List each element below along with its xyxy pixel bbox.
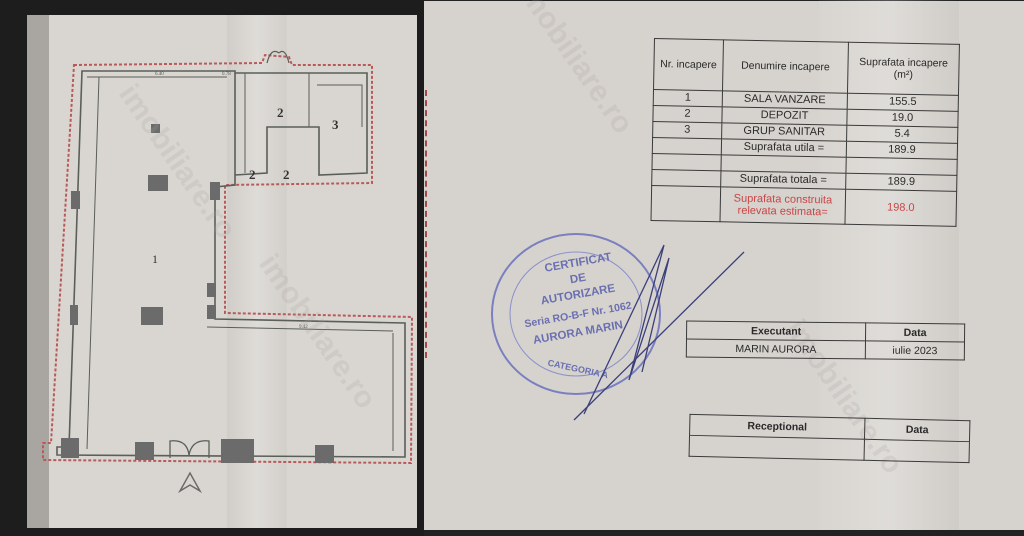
floor-plan-drawing: 1 2 2 2 3 6.40 0.78 9.42 <box>27 15 417 528</box>
header-executant: Executant <box>687 321 866 341</box>
bottom-edge <box>424 530 1024 536</box>
svg-text:6.40: 6.40 <box>155 72 164 77</box>
executant-date: iulie 2023 <box>865 341 964 360</box>
executant-table: Executant Data MARIN AURORA iulie 2023 <box>686 321 965 361</box>
drawing-edge <box>425 90 429 358</box>
receptional-date <box>864 439 969 462</box>
svg-text:1: 1 <box>152 252 158 266</box>
area-table-photo: imobiliare.ro imobiliare.ro Nr. incapere… <box>424 0 1024 536</box>
receptional-name <box>689 435 864 460</box>
floor-plan-photo: 1 2 2 2 3 6.40 0.78 9.42 imobiliare.ro i… <box>27 15 417 528</box>
header-date: Data <box>865 323 964 342</box>
receptional-table: Receptional Data <box>689 414 971 463</box>
svg-text:2: 2 <box>249 167 256 182</box>
header-date: Data <box>864 418 969 441</box>
executant-name: MARIN AURORA <box>686 339 865 359</box>
svg-text:2: 2 <box>277 105 284 120</box>
svg-text:3: 3 <box>332 117 339 132</box>
svg-text:2: 2 <box>283 167 290 182</box>
svg-text:0.78: 0.78 <box>222 72 231 77</box>
